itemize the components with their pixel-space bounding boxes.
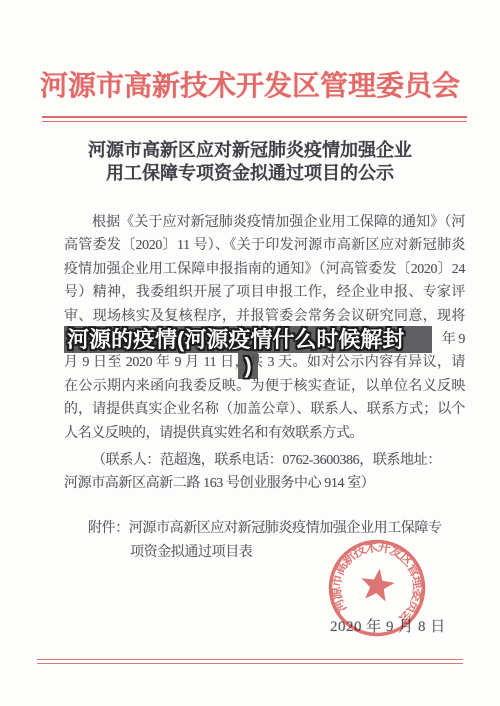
body-line: 高管委发〔2020〕11 号）、《关于印发河源市高新区应对新冠肺炎 — [64, 234, 465, 257]
contact-block: （联系人：范超逸，联系电话：0762-3600386，联系地址： 河源市高新区高… — [64, 449, 465, 496]
document-title-line2: 用工保障专项资金拟通过项目的公示 — [0, 162, 500, 185]
watermark-text-line2: ) — [238, 353, 257, 379]
document-title-line1: 河源市高新区应对新冠肺炎疫情加强企业 — [0, 139, 500, 162]
star-icon — [359, 566, 397, 602]
body-line: 的，请提供真实企业名称（加盖公章）、联系人、联系方式；以个 — [64, 398, 465, 421]
official-seal: 河源市高新技术开发区管理委员会 — [307, 518, 447, 658]
obscured-line-right-fragment: 年 9 — [442, 328, 465, 351]
watermark-overlay: 河源的疫情(河源疫情什么时候解封 ) — [64, 326, 432, 379]
watermark-text-line1: 河源的疫情(河源疫情什么时候解封 — [64, 326, 432, 353]
document-title: 河源市高新区应对新冠肺炎疫情加强企业 用工保障专项资金拟通过项目的公示 — [0, 139, 500, 185]
body-line: 审、现场核实及复核程序，并报管委会常务会议研究同意，现将 — [64, 305, 465, 328]
letterhead-org-name: 河源市高新技术开发区管理委员会 — [0, 64, 500, 104]
document-page: 河源市高新技术开发区管理委员会 河源市高新区应对新冠肺炎疫情加强企业 用工保障专… — [0, 0, 500, 706]
contact-line: （联系人：范超逸，联系电话：0762-3600386，联系地址： — [64, 449, 465, 472]
body-line: 人名义反映的，请提供真实姓名和有效联系方式。 — [64, 422, 465, 445]
body-line: 疫情加强企业用工保障申报指南的通知》（河高管委发〔2020〕24 — [64, 258, 465, 281]
contact-line: 河源市高新区高新二路 163 号创业服务中心 914 室） — [64, 472, 465, 495]
body-line: 号）精神，我委组织开展了项目申报工作，经企业申报、专家评 — [64, 281, 465, 304]
letterhead-divider — [42, 116, 467, 122]
body-line: 根据《关于应对新冠肺炎疫情加强企业用工保障的通知》（河 — [64, 211, 465, 234]
footer-divider — [37, 659, 463, 664]
body-paragraph: 根据《关于应对新冠肺炎疫情加强企业用工保障的通知》（河 高管委发〔2020〕11… — [64, 211, 465, 566]
